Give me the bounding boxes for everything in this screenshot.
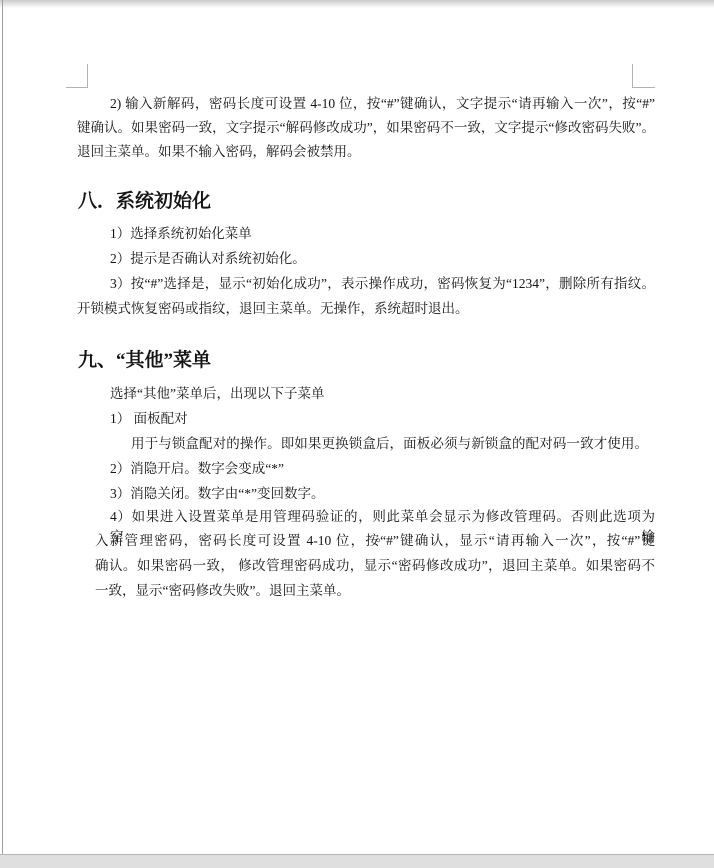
paragraph-top-line-1: 2) 输入新解码，密码长度可设置 4-10 位，按“#”键确认，文字提示“请再输… <box>110 94 655 114</box>
section-9-item-1: 1） 面板配对 <box>110 409 188 429</box>
top-shadow-strip <box>0 0 714 8</box>
section-8-heading: 八．系统初始化 <box>78 190 211 214</box>
section-9-heading: 九、“其他”菜单 <box>78 349 211 373</box>
section-9-intro: 选择“其他”菜单后，出现以下子菜单 <box>110 384 324 404</box>
paragraph-top-line-2: 键确认。如果密码一致，文字提示“解码修改成功”，如果密码不一致，文字提示“修改密… <box>77 118 655 138</box>
section-8-item-2: 2）提示是否确认对系统初始化。 <box>110 249 306 269</box>
section-9-item-1-detail: 用于与锁盒配对的操作。即如果更换锁盒后，面板必须与新锁盒的配对码一致才使用。 <box>131 434 648 454</box>
text-boundary-mark-top-right-horizontal <box>632 87 655 88</box>
document-page[interactable]: 2) 输入新解码，密码长度可设置 4-10 位，按“#”键确认，文字提示“请再输… <box>3 8 714 854</box>
text-boundary-mark-top-right-vertical <box>632 64 633 88</box>
section-9-item-3: 3）消隐关闭。数字由“*”变回数字。 <box>110 484 324 504</box>
left-window-edge <box>2 0 3 855</box>
document-viewer-window: 2) 输入新解码，密码长度可设置 4-10 位，按“#”键确认，文字提示“请再输… <box>0 0 714 868</box>
paragraph-top-line-3: 退回主菜单。如果不输入密码，解码会被禁用。 <box>77 142 361 162</box>
section-9-item-4-line-4: 一致，显示“密码修改失败”。退回主菜单。 <box>95 581 350 601</box>
section-8-item-1: 1）选择系统初始化菜单 <box>110 224 252 244</box>
section-8-item-3-line-1: 3）按“#”选择是，显示“初始化成功”，表示操作成功，密码恢复为“1234”，删… <box>110 274 655 294</box>
section-9-item-4-line-2: 入新管理密码，密码长度可设置 4-10 位，按“#”键确认，显示“请再输入一次”… <box>95 531 655 551</box>
section-9-item-4-line-3: 确认。如果密码一致， 修改管理密码成功，显示“密码修改成功”，退回主菜单。如果密… <box>95 556 655 576</box>
text-boundary-mark-top-left-vertical <box>87 64 88 88</box>
text-boundary-mark-top-left-horizontal <box>66 87 88 88</box>
section-9-item-2: 2）消隐开启。数字会变成“*” <box>110 459 284 479</box>
bottom-window-strip <box>0 854 714 868</box>
section-8-item-3-line-2: 开锁模式恢复密码或指纹，退回主菜单。无操作，系统超时退出。 <box>77 299 469 319</box>
